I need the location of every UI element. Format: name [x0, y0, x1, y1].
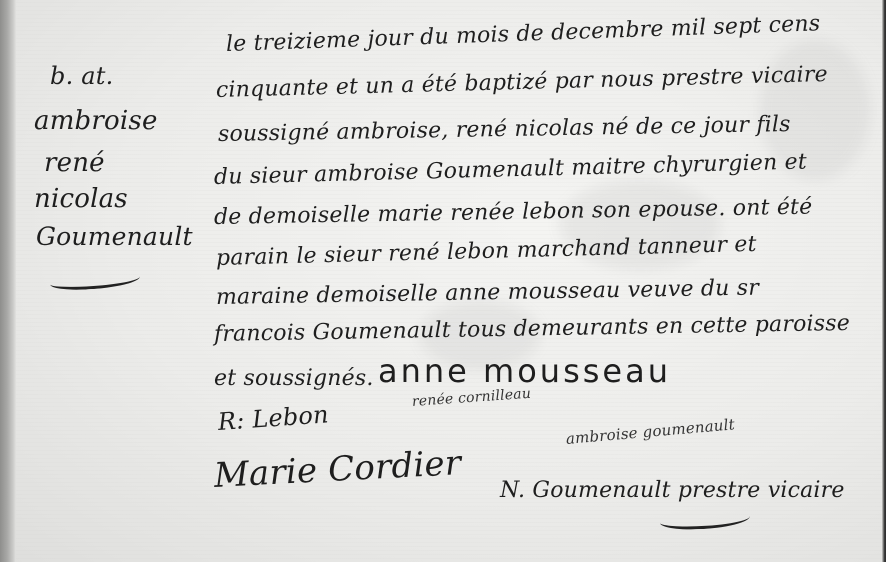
signature-mousseau: anne mousseau: [378, 352, 671, 390]
margin-note-line: Goumenault: [36, 222, 193, 251]
body-line: soussigné ambroise, rené nicolas né de c…: [218, 112, 791, 147]
body-line: le treizieme jour du mois de decembre mi…: [226, 11, 821, 57]
margin-note-line: b. at.: [50, 62, 113, 90]
body-line: cinquante et un a été baptizé par nous p…: [216, 62, 828, 103]
register-page: b. at. ambroise rené nicolas Goumenault …: [0, 0, 886, 562]
margin-note-line: nicolas: [34, 184, 128, 214]
body-line: maraine demoiselle anne mousseau veuve d…: [216, 276, 759, 310]
signature-vicaire: N. Goumenault prestre vicaire: [500, 478, 845, 503]
signature-marie-cordier: Marie Cordier: [213, 443, 462, 496]
body-line: et soussignés.: [214, 366, 374, 391]
page-binding-edge: [0, 0, 16, 562]
signature-flourish: [660, 508, 751, 530]
signature-ambroise-goumenault: ambroise goumenault: [565, 415, 735, 448]
body-line: de demoiselle marie renée lebon son epou…: [214, 195, 813, 230]
margin-note-line: rené: [44, 148, 105, 178]
margin-flourish: [50, 270, 141, 292]
margin-note-line: ambroise: [34, 106, 158, 136]
body-line: du sieur ambroise Goumenault maitre chyr…: [214, 149, 808, 190]
signature-lebon: R: Lebon: [217, 400, 329, 436]
page-right-border: [882, 0, 886, 562]
